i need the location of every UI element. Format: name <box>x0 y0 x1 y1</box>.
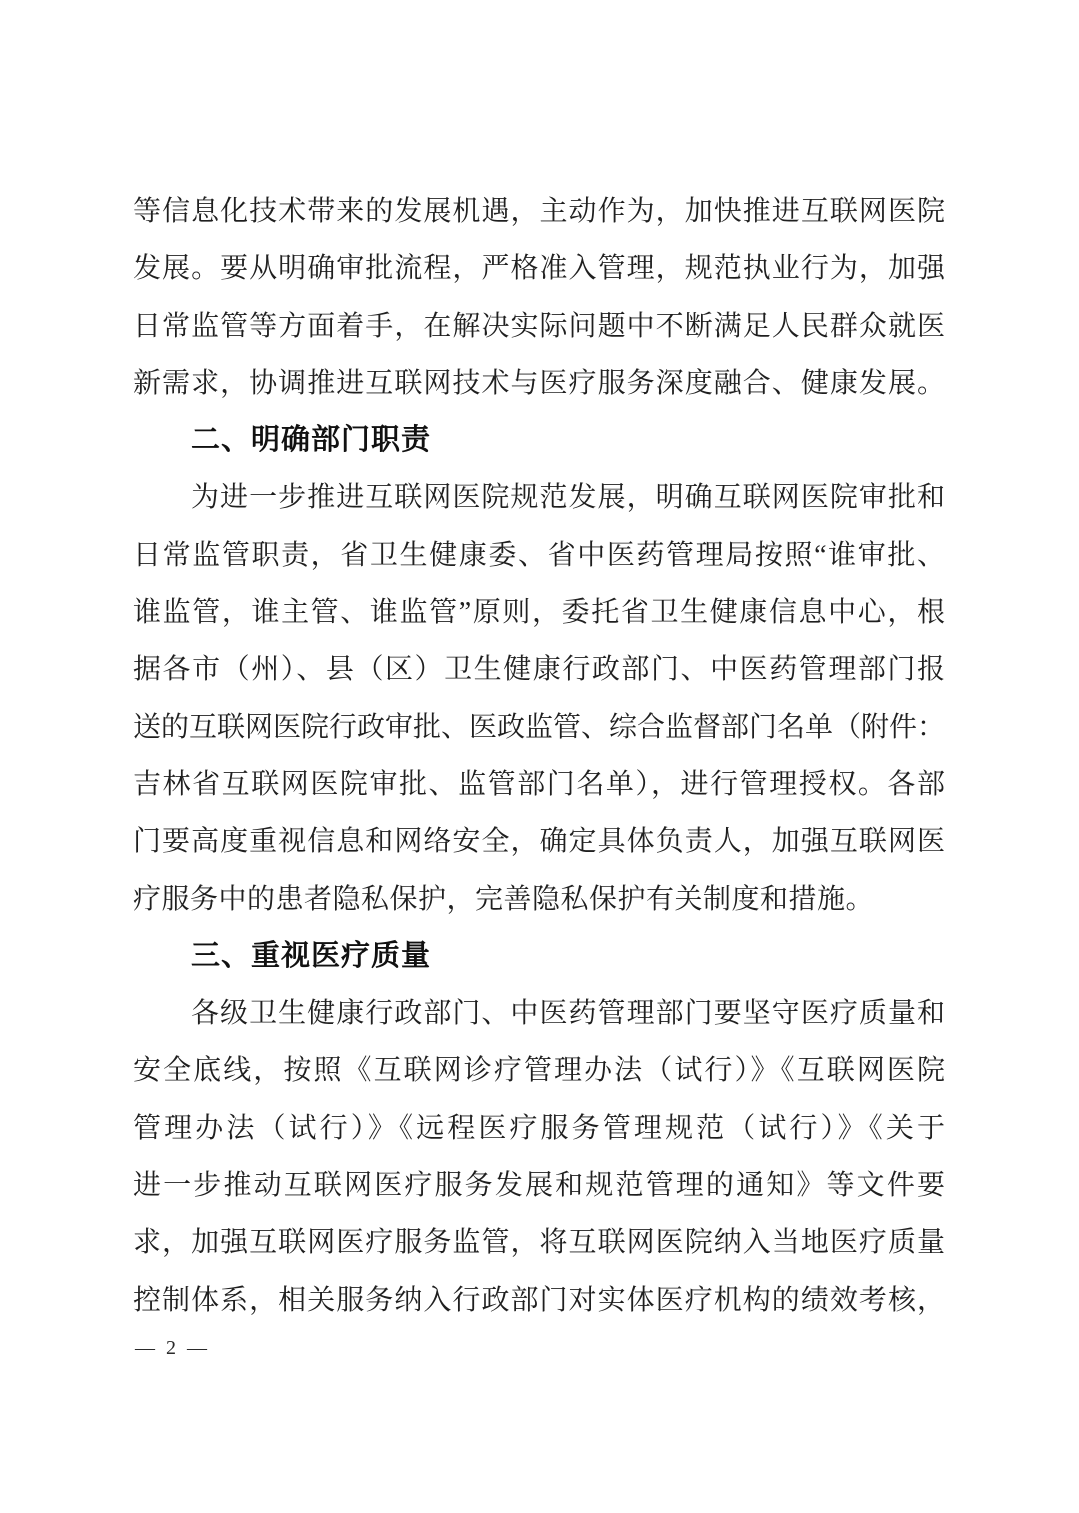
document-page: 等信息化技术带来的发展机遇，主动作为，加快推进互联网医院 发展。要从明确审批流程… <box>0 0 1079 1513</box>
body-text-line: 发展。要从明确审批流程，严格准入管理，规范执业行为，加强 <box>133 240 945 297</box>
section-heading-2: 二、明确部门职责 <box>133 412 945 469</box>
body-text-line: 进一步推动互联网医疗服务发展和规范管理的通知》等文件要 <box>133 1157 945 1214</box>
body-text-line: 新需求，协调推进互联网技术与医疗服务深度融合、健康发展。 <box>133 355 945 412</box>
body-text-line: 等信息化技术带来的发展机遇，主动作为，加快推进互联网医院 <box>133 183 945 240</box>
body-text-line: 管理办法（试行）》《远程医疗服务管理规范（试行）》《关于 <box>133 1100 945 1157</box>
body-text-line: 求，加强互联网医疗服务监管，将互联网医院纳入当地医疗质量 <box>133 1214 945 1271</box>
body-text-line: 日常监管职责，省卫生健康委、省中医药管理局按照“谁审批、 <box>133 527 945 584</box>
body-text-line: 日常监管等方面着手，在解决实际问题中不断满足人民群众就医 <box>133 298 945 355</box>
section-heading-3: 三、重视医疗质量 <box>133 928 945 985</box>
body-text-line: 控制体系，相关服务纳入行政部门对实体医疗机构的绩效考核， <box>133 1272 945 1329</box>
body-text-line: 送的互联网医院行政审批、医政监管、综合监督部门名单（附件： <box>133 699 945 756</box>
body-text-line: 疗服务中的患者隐私保护，完善隐私保护有关制度和措施。 <box>133 871 945 928</box>
body-text-line: 据各市（州）、县（区）卫生健康行政部门、中医药管理部门报 <box>133 641 945 698</box>
page-number: — 2 — <box>135 1334 210 1362</box>
body-text-line: 安全底线，按照《互联网诊疗管理办法（试行）》《互联网医院 <box>133 1042 945 1099</box>
body-text-line: 为进一步推进互联网医院规范发展，明确互联网医院审批和 <box>133 469 945 526</box>
body-text-line: 谁监管，谁主管、谁监管”原则，委托省卫生健康信息中心，根 <box>133 584 945 641</box>
body-text-line: 各级卫生健康行政部门、中医药管理部门要坚守医疗质量和 <box>133 985 945 1042</box>
body-text-line: 门要高度重视信息和网络安全，确定具体负责人，加强互联网医 <box>133 813 945 870</box>
body-text-line: 吉林省互联网医院审批、监管部门名单），进行管理授权。各部 <box>133 756 945 813</box>
document-body: 等信息化技术带来的发展机遇，主动作为，加快推进互联网医院 发展。要从明确审批流程… <box>133 183 945 1329</box>
